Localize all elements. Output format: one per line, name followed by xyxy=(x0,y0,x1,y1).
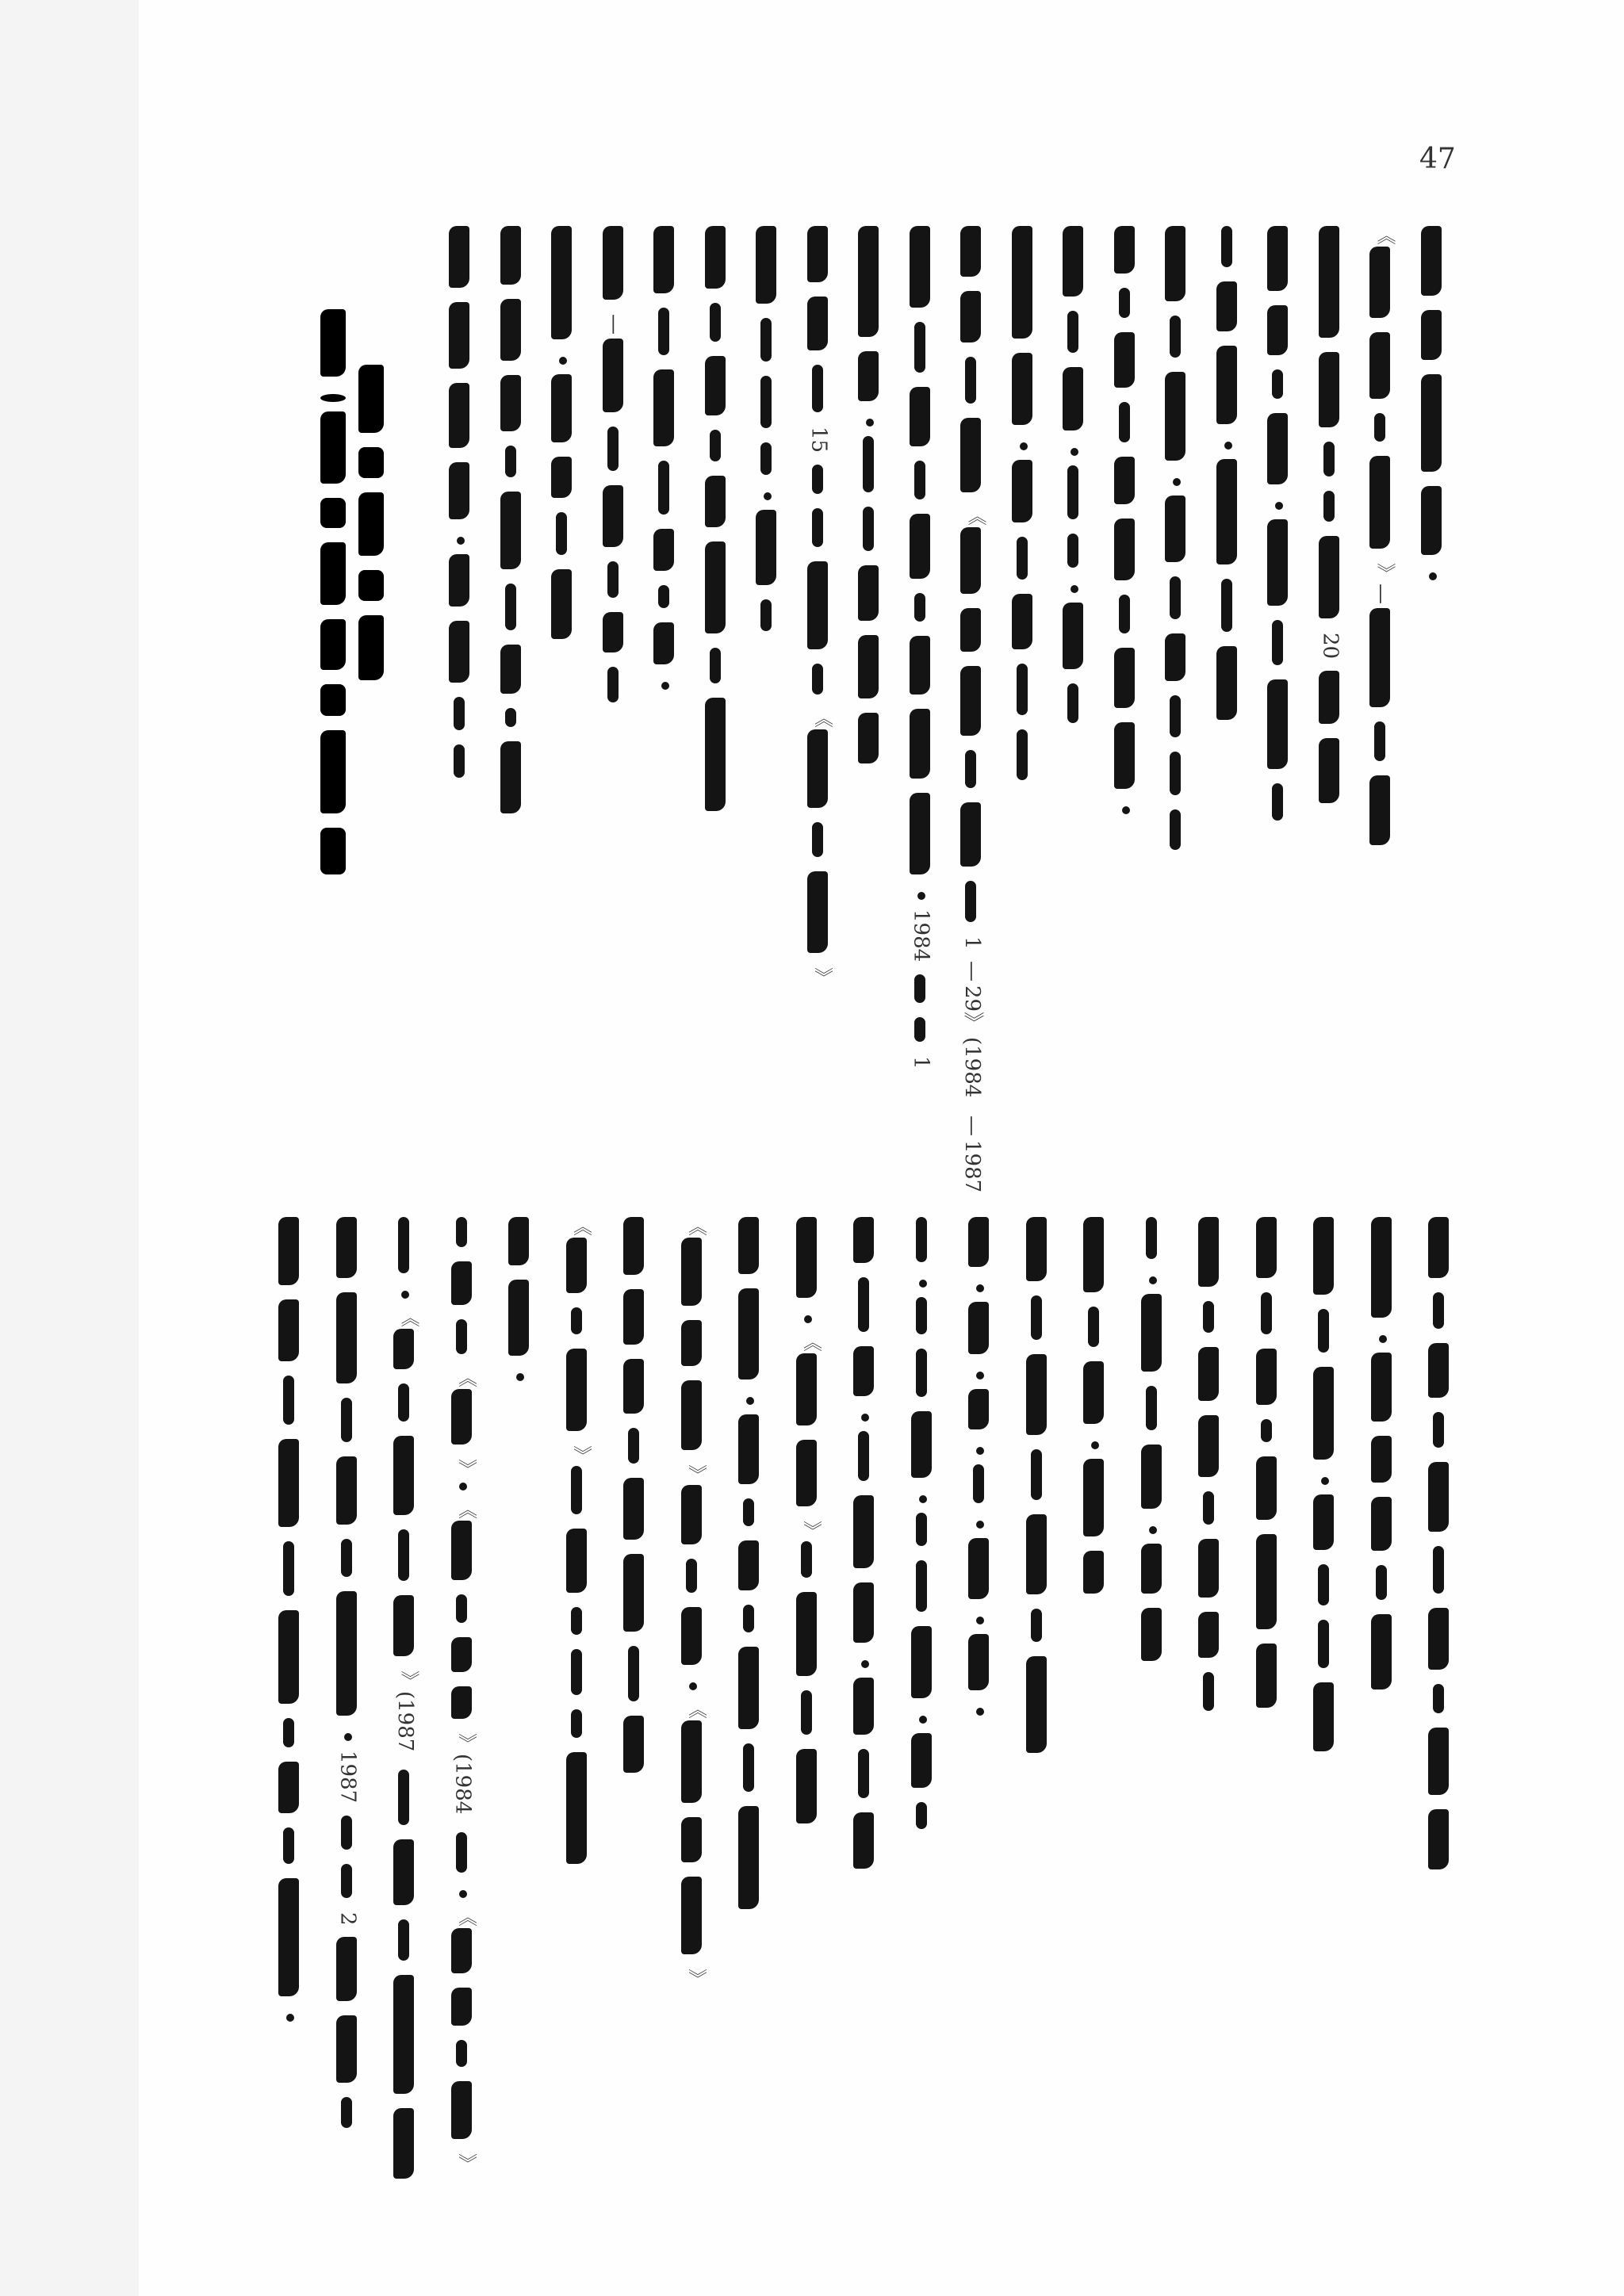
number-text: 2 xyxy=(335,1912,362,1926)
mongolian-word xyxy=(500,492,521,569)
text-column: ᠪᠠ ᠨᠡᠷ᠎ᠡ ᠲᠣᠮᠢᠶ᠎ᠠ ᠃ ᠣᠷᠴᠢᠭᠤᠯᠭ᠎ᠠ ᠶᠢᠨ ᠰᠤᠳᠤᠯᠭ… xyxy=(1212,226,1247,1169)
mongolian-word xyxy=(968,1389,989,1429)
mongolian-word xyxy=(760,599,772,631)
mongolian-word xyxy=(571,1649,582,1695)
mongolian-word xyxy=(336,1456,357,1525)
mongolian-word xyxy=(1428,1217,1449,1278)
text-column: ᠬᠡᠪᠯᠡᠯ ᠦᠨ ᠭᠠᠵᠠᠷ ᠤᠨ ᠰᠤᠳᠤᠯᠭ᠎ᠠ ᠶᠢᠨ ᠠᠵᠢᠯ ᠲᠤ … xyxy=(1423,1217,1458,2152)
mongolian-word xyxy=(738,1647,759,1729)
mongolian-word xyxy=(1141,1608,1162,1661)
mongolian-word xyxy=(1114,519,1135,580)
text-column: ᠰᠤᠳᠤᠯᠭ᠎ᠠ ᠶᠢᠨ ᠰᠡᠳᠬᠦᠯ ᠦᠨ ᠨᠡᠷ᠎ᠡ ᠶᠢ ᠨᠢᠭᠡ ᠬᠡᠰ… xyxy=(905,226,940,1169)
text-column: ᠨᠢᠭᠡ ᠶᠣᠰᠣᠭᠠᠷ ᠲᠤᠯᠤᠭᠠ ᠪᠠᠢᠨ᠎ᠠ ᠃ ᠨᠢᠭᠡ ᠲᠡᠮᠳᠡᠭ… xyxy=(444,226,479,1169)
mongolian-word xyxy=(398,1383,409,1422)
mongolian-word xyxy=(1221,579,1232,632)
number-text: — xyxy=(1368,584,1395,604)
text-column: ᠬᠡᠯᠡᠨ ᠦ ᠰᠤᠷᠭᠠᠯ ᠤᠨ ᠠᠷᠭ᠎ᠠ ᠪᠠᠷᠢᠯ ᠤᠨ ᠲᠤᠬᠠᠢ ᠦ… xyxy=(1109,226,1144,1169)
mongolian-word xyxy=(1323,442,1335,476)
mongolian-word xyxy=(853,1495,874,1568)
mongolian-word xyxy=(500,226,521,285)
mongolian-word xyxy=(1267,226,1288,291)
mongolian-word xyxy=(456,1319,467,1354)
mongolian-word xyxy=(393,1839,414,1905)
mongolian-word xyxy=(607,427,619,471)
mongolian-word xyxy=(1428,1462,1449,1532)
punctuation-mark xyxy=(764,492,772,500)
mongolian-word xyxy=(743,1605,754,1632)
mongolian-word xyxy=(623,1289,644,1345)
mongolian-word xyxy=(968,1217,989,1267)
mongolian-word xyxy=(960,226,981,277)
mongolian-word xyxy=(807,297,828,350)
mongolian-word xyxy=(1433,1684,1444,1713)
mongolian-word xyxy=(1313,1494,1334,1550)
mongolian-word xyxy=(1319,226,1339,338)
mongolian-word xyxy=(796,1440,817,1506)
mongolian-word xyxy=(853,1582,874,1643)
mongolian-word xyxy=(456,1832,467,1873)
mongolian-word xyxy=(916,1513,927,1546)
mongolian-word xyxy=(278,1439,299,1527)
mongolian-word xyxy=(858,351,879,401)
document-page: 47 ᠨᠢᠭᠡ ᠶᠣᠰᠣᠭᠠᠷ ᠲᠤᠯᠤᠭᠠ ᠪᠠᠢᠨ᠎ᠠ ᠃ ᠨᠢᠭᠡ ᠲᠡᠮ… xyxy=(0,0,1624,2296)
mongolian-word xyxy=(1067,534,1078,568)
punctuation-mark xyxy=(1321,1477,1329,1485)
text-column: ᠪᠣᠯᠤᠨ᠎ᠠ ᠄ 《ᠮᠣᠩᠭᠣᠯ ᠬᠡᠯᠡ》 ᠶᠢᠨ ᠰᠤᠳᠤᠯᠭ᠎ᠠ ᠶᠢᠨ… xyxy=(791,1217,826,2152)
mongolian-word xyxy=(858,1749,869,1798)
mongolian-word xyxy=(858,713,879,763)
punctuation-mark xyxy=(1071,448,1078,456)
mongolian-word xyxy=(320,828,346,874)
mongolian-word xyxy=(801,1541,812,1578)
mongolian-word xyxy=(358,447,384,478)
text-column: ᠬᠡᠪᠯᠡᠯ ᠦᠨ ᠠᠵᠢᠯ ᠢ ᠵᠣᠬᠢᠶᠠᠨ ᠪᠠᠢᠭᠤᠯᠤᠭᠰᠠᠨ ᠪᠠᠢ… xyxy=(1251,1217,1286,2152)
mongolian-word xyxy=(710,648,721,683)
mongolian-word xyxy=(968,1634,989,1690)
mongolian-word xyxy=(1216,459,1237,564)
mongolian-word xyxy=(807,729,828,808)
punctuation-mark xyxy=(1071,585,1078,593)
punctuation-mark xyxy=(344,1733,352,1741)
mongolian-word xyxy=(1428,1809,1449,1869)
mongolian-word xyxy=(1369,608,1390,707)
mongolian-word xyxy=(551,569,572,639)
mongolian-word xyxy=(1374,721,1385,761)
punctuation-mark xyxy=(976,1617,984,1624)
number-text: — xyxy=(959,1115,986,1136)
mongolian-word xyxy=(358,570,384,601)
quote-mark-close: 》 xyxy=(568,1445,596,1464)
mongolian-word xyxy=(1067,683,1078,723)
mongolian-word xyxy=(743,1743,754,1792)
mongolian-word xyxy=(653,226,674,293)
mongolian-word xyxy=(705,698,726,811)
page-margin-shadow xyxy=(0,0,139,2296)
mongolian-word xyxy=(653,622,674,664)
mongolian-word xyxy=(1114,226,1135,274)
number-text: (1987 xyxy=(392,1691,419,1751)
mongolian-word xyxy=(451,1521,472,1580)
mongolian-word xyxy=(968,1302,989,1354)
text-column: ᠮᠡᠷᠭᠡᠵᠢᠯ ᠦᠨ ᠪᠠᠭ ᠲᠤ ᠃ ᠬᠡᠪᠯᠡᠯ ᠦᠨ xyxy=(751,226,786,1169)
mongolian-word xyxy=(336,1591,357,1716)
mongolian-word xyxy=(1319,536,1339,618)
punctuation-mark xyxy=(976,1372,984,1380)
mongolian-word xyxy=(456,2040,467,2067)
mongolian-word xyxy=(1198,1415,1219,1477)
mongolian-word xyxy=(853,1346,874,1396)
mongolian-word xyxy=(451,1389,472,1445)
mongolian-word xyxy=(1421,486,1442,555)
quote-mark-close: 》 xyxy=(798,1521,825,1540)
mongolian-word xyxy=(341,1816,352,1850)
mongolian-word xyxy=(1267,305,1288,355)
mongolian-word xyxy=(710,430,721,461)
number-text: 15 xyxy=(806,427,833,453)
mongolian-word xyxy=(853,1812,874,1869)
mongolian-word xyxy=(278,1217,299,1285)
mongolian-word xyxy=(916,1802,927,1829)
text-column: ᠬᠡᠪᠯᠡᠯ ᠦᠨ ᠭᠠᠵᠠᠷ ᠤᠨ ᠦᠢᠯᠡ ᠠᠵᠢᠯᠯᠠᠭ᠎ᠠ ᠶᠢ ᠰᠠᠢ… xyxy=(700,226,735,1169)
quote-mark-open: 《 xyxy=(568,1217,596,1236)
mongolian-word xyxy=(603,612,623,652)
mongolian-word xyxy=(505,446,516,477)
punctuation-mark xyxy=(286,2014,294,2022)
punctuation-mark xyxy=(866,419,874,427)
punctuation-mark xyxy=(919,1280,927,1288)
mongolian-word xyxy=(681,1607,702,1665)
mongolian-word xyxy=(1261,1419,1272,1442)
mongolian-word xyxy=(336,1292,357,1383)
number-text: — xyxy=(601,314,628,335)
mongolian-word xyxy=(341,1398,352,1442)
mongolian-word xyxy=(623,1554,644,1632)
mongolian-word xyxy=(456,1594,467,1623)
mongolian-word xyxy=(1428,1728,1449,1795)
mongolian-word xyxy=(858,1277,869,1332)
mongolian-word xyxy=(283,1827,294,1864)
mongolian-word xyxy=(1428,1343,1449,1398)
mongolian-word xyxy=(1063,367,1083,430)
mongolian-word xyxy=(1170,695,1181,737)
punctuation-mark xyxy=(1379,1335,1387,1343)
mongolian-word xyxy=(320,730,346,813)
mongolian-word xyxy=(1256,1534,1277,1629)
text-column: ᠶᠠᠷᠢᠶ᠎ᠠ ᠶᠢᠨ ᠰᠤᠳᠤᠯᠭ᠎ᠠ ᠃ ᠪᠢᠴᠢᠭ᠍ ᠦᠨ ᠬᠡᠯᠡ ᠶᠢ… xyxy=(1160,226,1195,1169)
mongolian-word xyxy=(973,1464,984,1503)
mongolian-word xyxy=(449,302,469,369)
mongolian-word xyxy=(500,375,521,431)
mongolian-word xyxy=(1017,729,1028,780)
mongolian-word xyxy=(968,1538,989,1599)
mongolian-word xyxy=(738,1414,759,1484)
mongolian-word xyxy=(653,369,674,446)
punctuation-mark xyxy=(917,892,925,900)
mongolian-word xyxy=(571,1307,582,1334)
text-column: ᠳᠦᠷᠢᠮ ᠢᠶᠡᠷ ᠬᠡᠪᠯᠡᠭᠳᠡᠭᠰᠡᠨ ᠪᠠᠢᠨ᠎ᠠ ᠄ xyxy=(1416,226,1451,1169)
text-column: ᠨᠢᠭᠡ ᠦᠶ᠎ᠡ ᠳᠦ 15 ᠣᠨ ᠤ ᠬᠤᠭᠤᠴᠠᠭ᠎ᠠ ᠳᠤ 《ᠰᠡᠳᠬᠦ… xyxy=(802,226,837,1169)
mongolian-word xyxy=(858,635,879,698)
mongolian-word xyxy=(914,322,925,373)
mongolian-word xyxy=(449,462,469,519)
text-column: ᠲᠡᠭᠦᠯᠳᠡᠷ ᠢ ᠬᠡᠪᠯᠡᠵᠦ ᠃ ᠮᠣᠩᠭᠣᠯ ᠬᠡᠯᠡ xyxy=(1078,1217,1113,2152)
punctuation-mark xyxy=(516,1373,524,1381)
number-text: (1984 xyxy=(450,1754,477,1814)
mongolian-word xyxy=(278,1610,299,1704)
mongolian-word xyxy=(341,2097,352,2128)
mongolian-word xyxy=(1319,671,1339,724)
mongolian-word xyxy=(812,508,823,547)
mongolian-word xyxy=(756,510,776,585)
text-column: ᠰᠤᠷᠤᠯᠴᠠᠭᠤᠯᠤᠨ ᠃ ᠮᠣᠩᠭᠣᠯ ᠬᠡᠯᠡ ᠪᠢᠴᠢᠭ ᠦᠨ ᠤᠯᠠᠮ… xyxy=(1366,1217,1401,2152)
mongolian-word xyxy=(681,1720,702,1803)
mongolian-word xyxy=(1261,1292,1272,1334)
text-column: ᠬᠡᠪᠯᠡᠯ ᠦᠨ ᠭᠠᠵᠠᠷ ᠣᠷᠤᠨ ᠤ ᠦᠯᠢᠭᠡᠷ ᠵᠦᠢᠯ ᠦᠨ xyxy=(1193,1217,1228,2152)
mongolian-word xyxy=(1369,775,1390,845)
mongolian-word xyxy=(853,1678,874,1735)
mongolian-word xyxy=(556,512,567,555)
mongolian-word xyxy=(451,1637,472,1672)
mongolian-word xyxy=(653,529,674,571)
mongolian-word xyxy=(508,1217,529,1265)
mongolian-word xyxy=(1198,1539,1219,1598)
mongolian-word xyxy=(911,1626,932,1698)
mongolian-word xyxy=(393,1595,414,1656)
text-column: ᠵᠡᠷᠭᠡ ᠵᠦᠢᠯ ᠦᠨ ᠥᠭᠦᠯᠡᠯ ᠃ ᠰᠤᠷᠭᠠᠯᠲᠠ ᠶᠢᠨ ᠬᠡᠷᠡ… xyxy=(1262,226,1297,1169)
number-text: 1984 xyxy=(908,909,935,962)
mongolian-word xyxy=(623,1478,644,1540)
mongolian-word xyxy=(1012,353,1032,425)
mongolian-word xyxy=(571,1709,582,1738)
mongolian-word xyxy=(705,356,726,415)
mongolian-word xyxy=(1083,1551,1104,1594)
mongolian-word xyxy=(705,476,726,527)
mongolian-word xyxy=(1119,402,1130,442)
mongolian-word xyxy=(738,1540,759,1590)
quote-mark-open: 《 xyxy=(809,709,837,728)
mongolian-word xyxy=(358,492,384,556)
mongolian-word xyxy=(278,1299,299,1361)
mongolian-word xyxy=(858,565,879,621)
mongolian-word xyxy=(1170,576,1181,619)
mongolian-word xyxy=(1319,738,1339,803)
punctuation-mark xyxy=(1020,442,1028,450)
mongolian-word xyxy=(1272,369,1283,399)
mongolian-word xyxy=(812,465,823,494)
punctuation-mark xyxy=(1275,502,1283,510)
punctuation-mark xyxy=(976,1708,984,1716)
mongolian-word xyxy=(283,1376,294,1425)
quote-mark-open: 《 xyxy=(798,1333,825,1352)
mongolian-word xyxy=(910,793,930,874)
punctuation-mark xyxy=(861,1414,869,1422)
punctuation-mark xyxy=(320,394,346,402)
mongolian-word xyxy=(500,741,521,813)
mongolian-word xyxy=(807,226,828,282)
mongolian-word xyxy=(336,2015,357,2083)
mongolian-word xyxy=(1318,1564,1329,1605)
mongolian-word xyxy=(283,1541,294,1596)
quote-mark-open: 《 xyxy=(683,1700,710,1719)
mongolian-word xyxy=(358,365,384,433)
mongolian-word xyxy=(1083,1217,1104,1292)
mongolian-word xyxy=(1433,1292,1444,1329)
quote-mark-close: 》 xyxy=(1371,563,1399,582)
punctuation-mark xyxy=(976,1447,984,1455)
mongolian-word xyxy=(454,697,465,730)
mongolian-word xyxy=(1114,722,1135,789)
quote-mark-close: 》 xyxy=(453,1459,481,1478)
mongolian-word xyxy=(320,309,346,377)
number-text: 20 xyxy=(1317,633,1344,659)
mongolian-word xyxy=(1433,1412,1444,1448)
mongolian-word xyxy=(1170,316,1181,358)
mongolian-word xyxy=(705,541,726,633)
mongolian-word xyxy=(960,608,981,652)
mongolian-word xyxy=(807,561,828,649)
mongolian-word xyxy=(320,619,346,670)
mongolian-word xyxy=(1198,1217,1219,1287)
mongolian-word xyxy=(1371,1353,1392,1422)
mongolian-word xyxy=(1114,648,1135,708)
mongolian-word xyxy=(1146,1217,1157,1259)
mongolian-word xyxy=(910,387,930,446)
mongolian-word xyxy=(566,1529,587,1593)
number-text: — xyxy=(959,961,986,982)
punctuation-mark xyxy=(861,1660,869,1668)
punctuation-mark xyxy=(804,1315,812,1323)
mongolian-word xyxy=(686,1559,697,1593)
mongolian-word xyxy=(451,1988,472,2026)
mongolian-word xyxy=(760,442,772,475)
mongolian-word xyxy=(1165,633,1185,681)
text-column: ᠬᠡᠪᠯᠡᠭᠳᠡᠭᠰᠡᠨ ᠪᠣᠯᠪᠠ ᠄ ᠡᠨᠡ ᠪᠣᠯ ᠮᠣᠩᠭᠣᠯ ᠬᠡᠯᠡ… xyxy=(853,226,888,1169)
quote-mark-close: 》 xyxy=(683,1464,710,1483)
mongolian-word xyxy=(1421,310,1442,360)
mongolian-word xyxy=(681,1485,702,1544)
text-column: ᠳᠣᠤ ᠃ ᠦᠭᠡ ᠶᠢᠨ ᠬᠡᠯᠪᠡᠷᠢ ᠃ ᠦᠭᠡ ᠶᠢᠨ ᠡᠭᠦᠰᠬᠡᠯ … xyxy=(906,1217,941,2152)
mongolian-word xyxy=(1371,1436,1392,1483)
mongolian-word xyxy=(960,802,981,867)
mongolian-word xyxy=(607,561,619,598)
mongolian-word xyxy=(451,1261,472,1305)
quote-mark-open: 《 xyxy=(1371,226,1399,245)
mongolian-word xyxy=(566,1349,587,1431)
mongolian-word xyxy=(1216,281,1237,331)
mongolian-word xyxy=(911,1411,932,1478)
mongolian-word xyxy=(283,1718,294,1747)
mongolian-word xyxy=(910,226,930,308)
page-number: 47 xyxy=(1419,143,1456,175)
mongolian-word xyxy=(1203,1491,1214,1525)
text-column: ᠶᠡᠬᠡ ᠬᠡᠮᠵᠢᠶ᠎ᠡ ᠶᠢᠨ ᠰᠤᠳᠤᠯᠭ᠎ᠠ ᠶᠢ ᠦᠷᠭᠡᠵᠢᠯᠡᠭᠦ… xyxy=(331,1217,366,2152)
quote-mark-open: 《 xyxy=(453,1908,481,1927)
punctuation-mark xyxy=(1091,1441,1099,1449)
mongolian-word xyxy=(336,1217,357,1278)
mongolian-word xyxy=(796,1592,817,1676)
text-column: 《ᠬᠡᠯᠡᠨ ᠦ ᠰᠤᠷᠭᠠᠯ》 ᠶᠢᠨ ᠬᠡᠪᠯᠡᠯ ᠦᠨ ᠵᠠᠮ ᠳᠤ ᠬᠦ… xyxy=(561,1217,596,2152)
mongolian-word xyxy=(505,584,516,630)
mongolian-word xyxy=(571,1466,582,1514)
mongolian-word xyxy=(320,498,346,528)
mongolian-word xyxy=(1374,413,1385,442)
mongolian-word xyxy=(449,554,469,607)
mongolian-word xyxy=(398,1770,409,1825)
mongolian-word xyxy=(451,2081,472,2139)
mongolian-word xyxy=(796,1749,817,1823)
mongolian-word xyxy=(658,585,669,608)
mongolian-word xyxy=(571,1607,582,1635)
mongolian-word xyxy=(398,1217,409,1273)
mongolian-word xyxy=(1313,1367,1334,1460)
punctuation-mark xyxy=(919,1495,927,1503)
mongolian-word xyxy=(681,1877,702,1954)
mongolian-word xyxy=(393,2108,414,2179)
mongolian-word xyxy=(1313,1217,1334,1295)
punctuation-mark xyxy=(1224,442,1232,450)
text-column: ᠰᠤᠳᠤᠯᠭ᠎ᠠ ᠶᠢᠨ ᠦᠭᠦᠯᠡᠯ ᠃ ᠦᠭᠡ ᠵᠦᠢ ᠃ ᠳᠦᠷᠢᠮ ᠵᠦ… xyxy=(1058,226,1093,1169)
number-text: 1 xyxy=(959,936,986,950)
mongolian-word xyxy=(1256,1456,1277,1520)
mongolian-word xyxy=(1165,226,1185,301)
quote-mark-close: 》 xyxy=(395,1670,423,1689)
mongolian-word xyxy=(812,822,823,857)
mongolian-word xyxy=(628,1428,639,1464)
mongolian-word xyxy=(1141,1294,1162,1372)
mongolian-word xyxy=(320,411,346,484)
mongolian-word xyxy=(812,664,823,695)
mongolian-word xyxy=(1216,646,1237,720)
mongolian-word xyxy=(1318,1309,1329,1353)
mongolian-word xyxy=(603,339,623,412)
mongolian-word xyxy=(623,1217,644,1275)
mongolian-word xyxy=(681,1238,702,1306)
mongolian-word xyxy=(807,871,828,953)
mongolian-word xyxy=(358,615,384,680)
text-column: ᠪᠢᠴᠢᠭ᠍ — ᠬᠡᠪᠯᠡᠯ ᠦᠨ ᠠᠵᠢᠯ ᠤᠨ ᠦᠷ᠎ᠡ ᠳᠦᠩ— xyxy=(598,226,633,1169)
mongolian-word xyxy=(1323,491,1335,522)
mongolian-word xyxy=(1203,1301,1214,1333)
text-column: ᠮᠣᠩᠭᠣᠯ ᠬᠡᠯᠡ ᠪᠢᠴᠢᠭ ᠦᠨ ᠳᠡᠭᠡᠳᠦ ᠪᠠᠢᠭᠤᠯᠬᠤ ᠶᠢᠨ… xyxy=(619,1217,653,2152)
heading-line: ᠬᠥᠭᠵᠢᠯ ᠦᠨ ᠲᠦᠯᠬᠢᠴᠡ ᠪᠠ ᠠᠮᠵᠢᠯᠲᠠ xyxy=(355,365,390,856)
mongolian-word xyxy=(705,226,726,289)
mongolian-word xyxy=(1371,1614,1392,1689)
punctuation-mark xyxy=(661,682,669,690)
mongolian-word xyxy=(681,1817,702,1862)
quote-mark-close: 》 xyxy=(683,1969,710,1988)
mongolian-word xyxy=(960,291,981,342)
mongolian-word xyxy=(1198,1347,1219,1401)
mongolian-word xyxy=(738,1806,759,1909)
mongolian-word xyxy=(1031,1609,1042,1642)
mongolian-word xyxy=(1256,1217,1277,1278)
mongolian-word xyxy=(801,1690,812,1735)
mongolian-word xyxy=(1141,1445,1162,1509)
mongolian-word xyxy=(1376,1565,1387,1600)
mongolian-word xyxy=(914,461,925,499)
punctuation-mark xyxy=(689,1682,697,1690)
mongolian-word xyxy=(1083,1361,1104,1424)
mongolian-word xyxy=(960,666,981,736)
mongolian-word xyxy=(796,1217,817,1298)
mongolian-word xyxy=(505,708,516,727)
mongolian-word xyxy=(278,1762,299,1813)
quote-mark-open: 《 xyxy=(453,1500,481,1519)
mongolian-word xyxy=(341,1539,352,1577)
mongolian-word xyxy=(916,1217,927,1262)
punctuation-mark xyxy=(1122,806,1130,814)
mongolian-word xyxy=(863,507,874,551)
